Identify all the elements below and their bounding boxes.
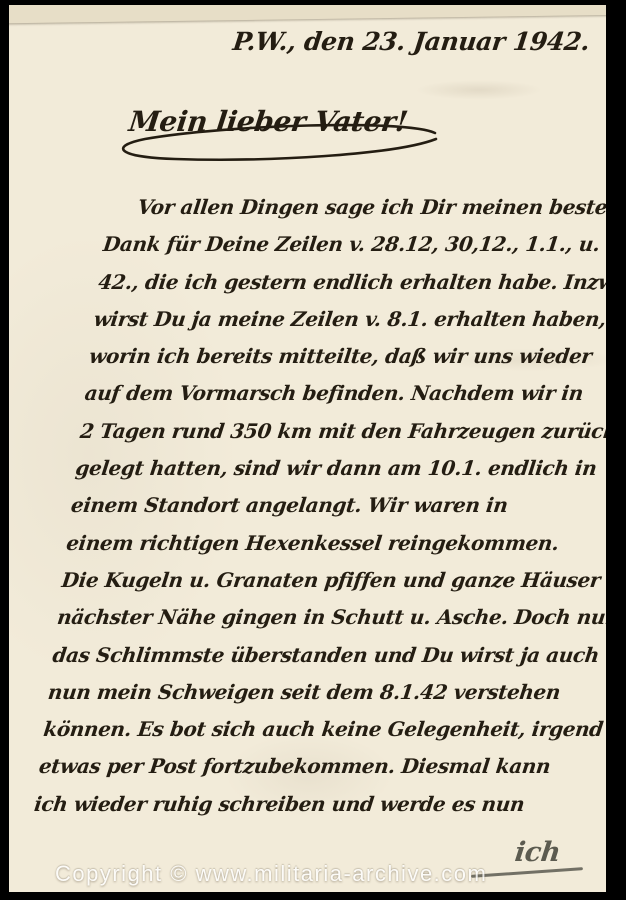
handwriting-line: etwas per Post fortzubekommen. Diesmal k… bbox=[37, 748, 576, 785]
handwriting-line: gelegt hatten, sind wir dann am 10.1. en… bbox=[73, 450, 606, 487]
salutation-flourish bbox=[105, 115, 441, 167]
catchword: ich bbox=[513, 837, 562, 868]
dateline: P.W., den 23. Januar 1942. bbox=[231, 27, 591, 56]
letter-scan: P.W., den 23. Januar 1942. Mein lieber V… bbox=[0, 0, 626, 900]
catchword-underline bbox=[471, 867, 583, 878]
handwriting-line: Vor allen Dingen sage ich Dir meinen bes… bbox=[105, 189, 606, 226]
handwriting-line: wirst Du ja meine Zeilen v. 8.1. erhalte… bbox=[92, 301, 606, 338]
handwriting-line: 42., die ich gestern endlich erhalten ha… bbox=[96, 264, 606, 301]
letter-body: Vor allen Dingen sage ich Dir meinen bes… bbox=[32, 189, 606, 823]
handwriting-line: einem Standort angelangt. Wir waren in bbox=[69, 487, 606, 524]
handwriting-line: Dank für Deine Zeilen v. 28.12, 30,12., … bbox=[101, 226, 606, 263]
handwriting-line: 2 Tagen rund 350 km mit den Fahrzeugen z… bbox=[78, 413, 606, 450]
handwriting-line: können. Es bot sich auch keine Gelegenhe… bbox=[41, 711, 580, 748]
copyright-watermark: Copyright © www.militaria-archive.com bbox=[55, 861, 487, 887]
handwriting-line: ich wieder ruhig schreiben und werde es … bbox=[32, 786, 571, 823]
handwriting-line: nun mein Schweigen seit dem 8.1.42 verst… bbox=[46, 674, 585, 711]
handwriting-line: Die Kugeln u. Granaten pfiffen und ganze… bbox=[60, 562, 599, 599]
page-top-edge bbox=[9, 5, 606, 23]
handwriting-line: das Schlimmste überstanden und Du wirst … bbox=[50, 637, 589, 674]
handwriting-line: nächster Nähe gingen in Schutt u. Asche.… bbox=[55, 599, 594, 636]
handwriting-line: auf dem Vormarsch befinden. Nachdem wir … bbox=[82, 375, 606, 412]
handwriting-line: einem richtigen Hexenkessel reingekommen… bbox=[64, 525, 603, 562]
letter-page: P.W., den 23. Januar 1942. Mein lieber V… bbox=[9, 5, 606, 892]
handwriting-line: worin ich bereits mitteilte, daß wir uns… bbox=[87, 338, 606, 375]
